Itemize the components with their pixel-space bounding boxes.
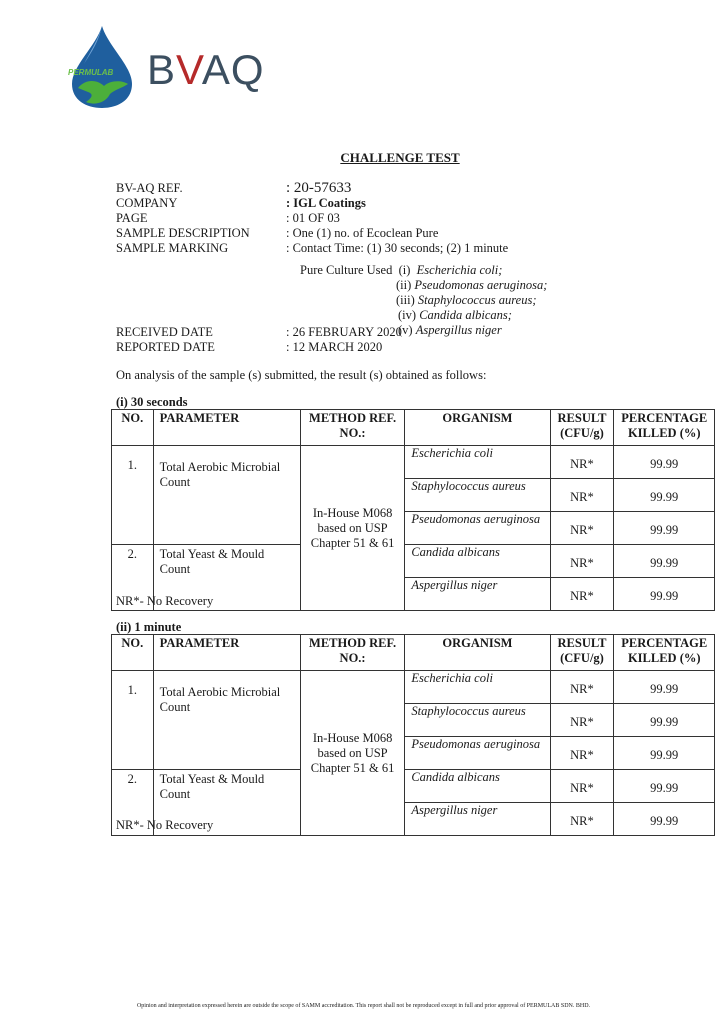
section-label-1-minute: (ii) 1 minute xyxy=(116,620,181,635)
document-title: CHALLENGE TEST xyxy=(0,150,727,166)
info-sample-marking: SAMPLE MARKING: Contact Time: (1) 30 sec… xyxy=(116,241,508,256)
intro-text: On analysis of the sample (s) submitted,… xyxy=(116,368,486,383)
report-info: BV-AQ REF.: 20-57633 COMPANY: IGL Coatin… xyxy=(116,181,508,256)
reported-date: REPORTED DATE: 12 MARCH 2020 xyxy=(116,340,402,355)
no-recovery-note: NR*- No Recovery xyxy=(116,594,213,609)
brand-name: BVAQ xyxy=(147,46,265,94)
table-row: 2. Total Yeast & Mould Count Candida alb… xyxy=(112,770,715,803)
water-drop-icon xyxy=(62,24,142,110)
report-dates: RECEIVED DATE: 26 FEBRUARY 2020 REPORTED… xyxy=(116,325,402,355)
no-recovery-note: NR*- No Recovery xyxy=(116,818,213,833)
company-logo: PERMULAB BVAQ xyxy=(62,24,272,110)
section-label-30-seconds: (i) 30 seconds xyxy=(116,395,188,410)
table-row: 1. Total Aerobic Microbial Count In-Hous… xyxy=(112,446,715,479)
info-sample-description: SAMPLE DESCRIPTION: One (1) no. of Ecocl… xyxy=(116,226,508,241)
table-row: 2. Total Yeast & Mould Count Candida alb… xyxy=(112,545,715,578)
results-table-1-minute: NO. PARAMETER METHOD REF. NO.: ORGANISM … xyxy=(111,634,715,836)
results-table-30-seconds: NO. PARAMETER METHOD REF. NO.: ORGANISM … xyxy=(111,409,715,611)
table-header-row: NO. PARAMETER METHOD REF. NO.: ORGANISM … xyxy=(112,635,715,671)
table-row: 1. Total Aerobic Microbial Count In-Hous… xyxy=(112,671,715,704)
info-page: PAGE: 01 OF 03 xyxy=(116,211,508,226)
received-date: RECEIVED DATE: 26 FEBRUARY 2020 xyxy=(116,325,402,340)
info-company: COMPANY: IGL Coatings xyxy=(116,196,508,211)
permulab-text: PERMULAB xyxy=(68,68,113,77)
info-ref: BV-AQ REF.: 20-57633 xyxy=(116,181,508,196)
footer-disclaimer: Opinion and interpretation expressed her… xyxy=(0,1003,727,1009)
table-header-row: NO. PARAMETER METHOD REF. NO.: ORGANISM … xyxy=(112,410,715,446)
